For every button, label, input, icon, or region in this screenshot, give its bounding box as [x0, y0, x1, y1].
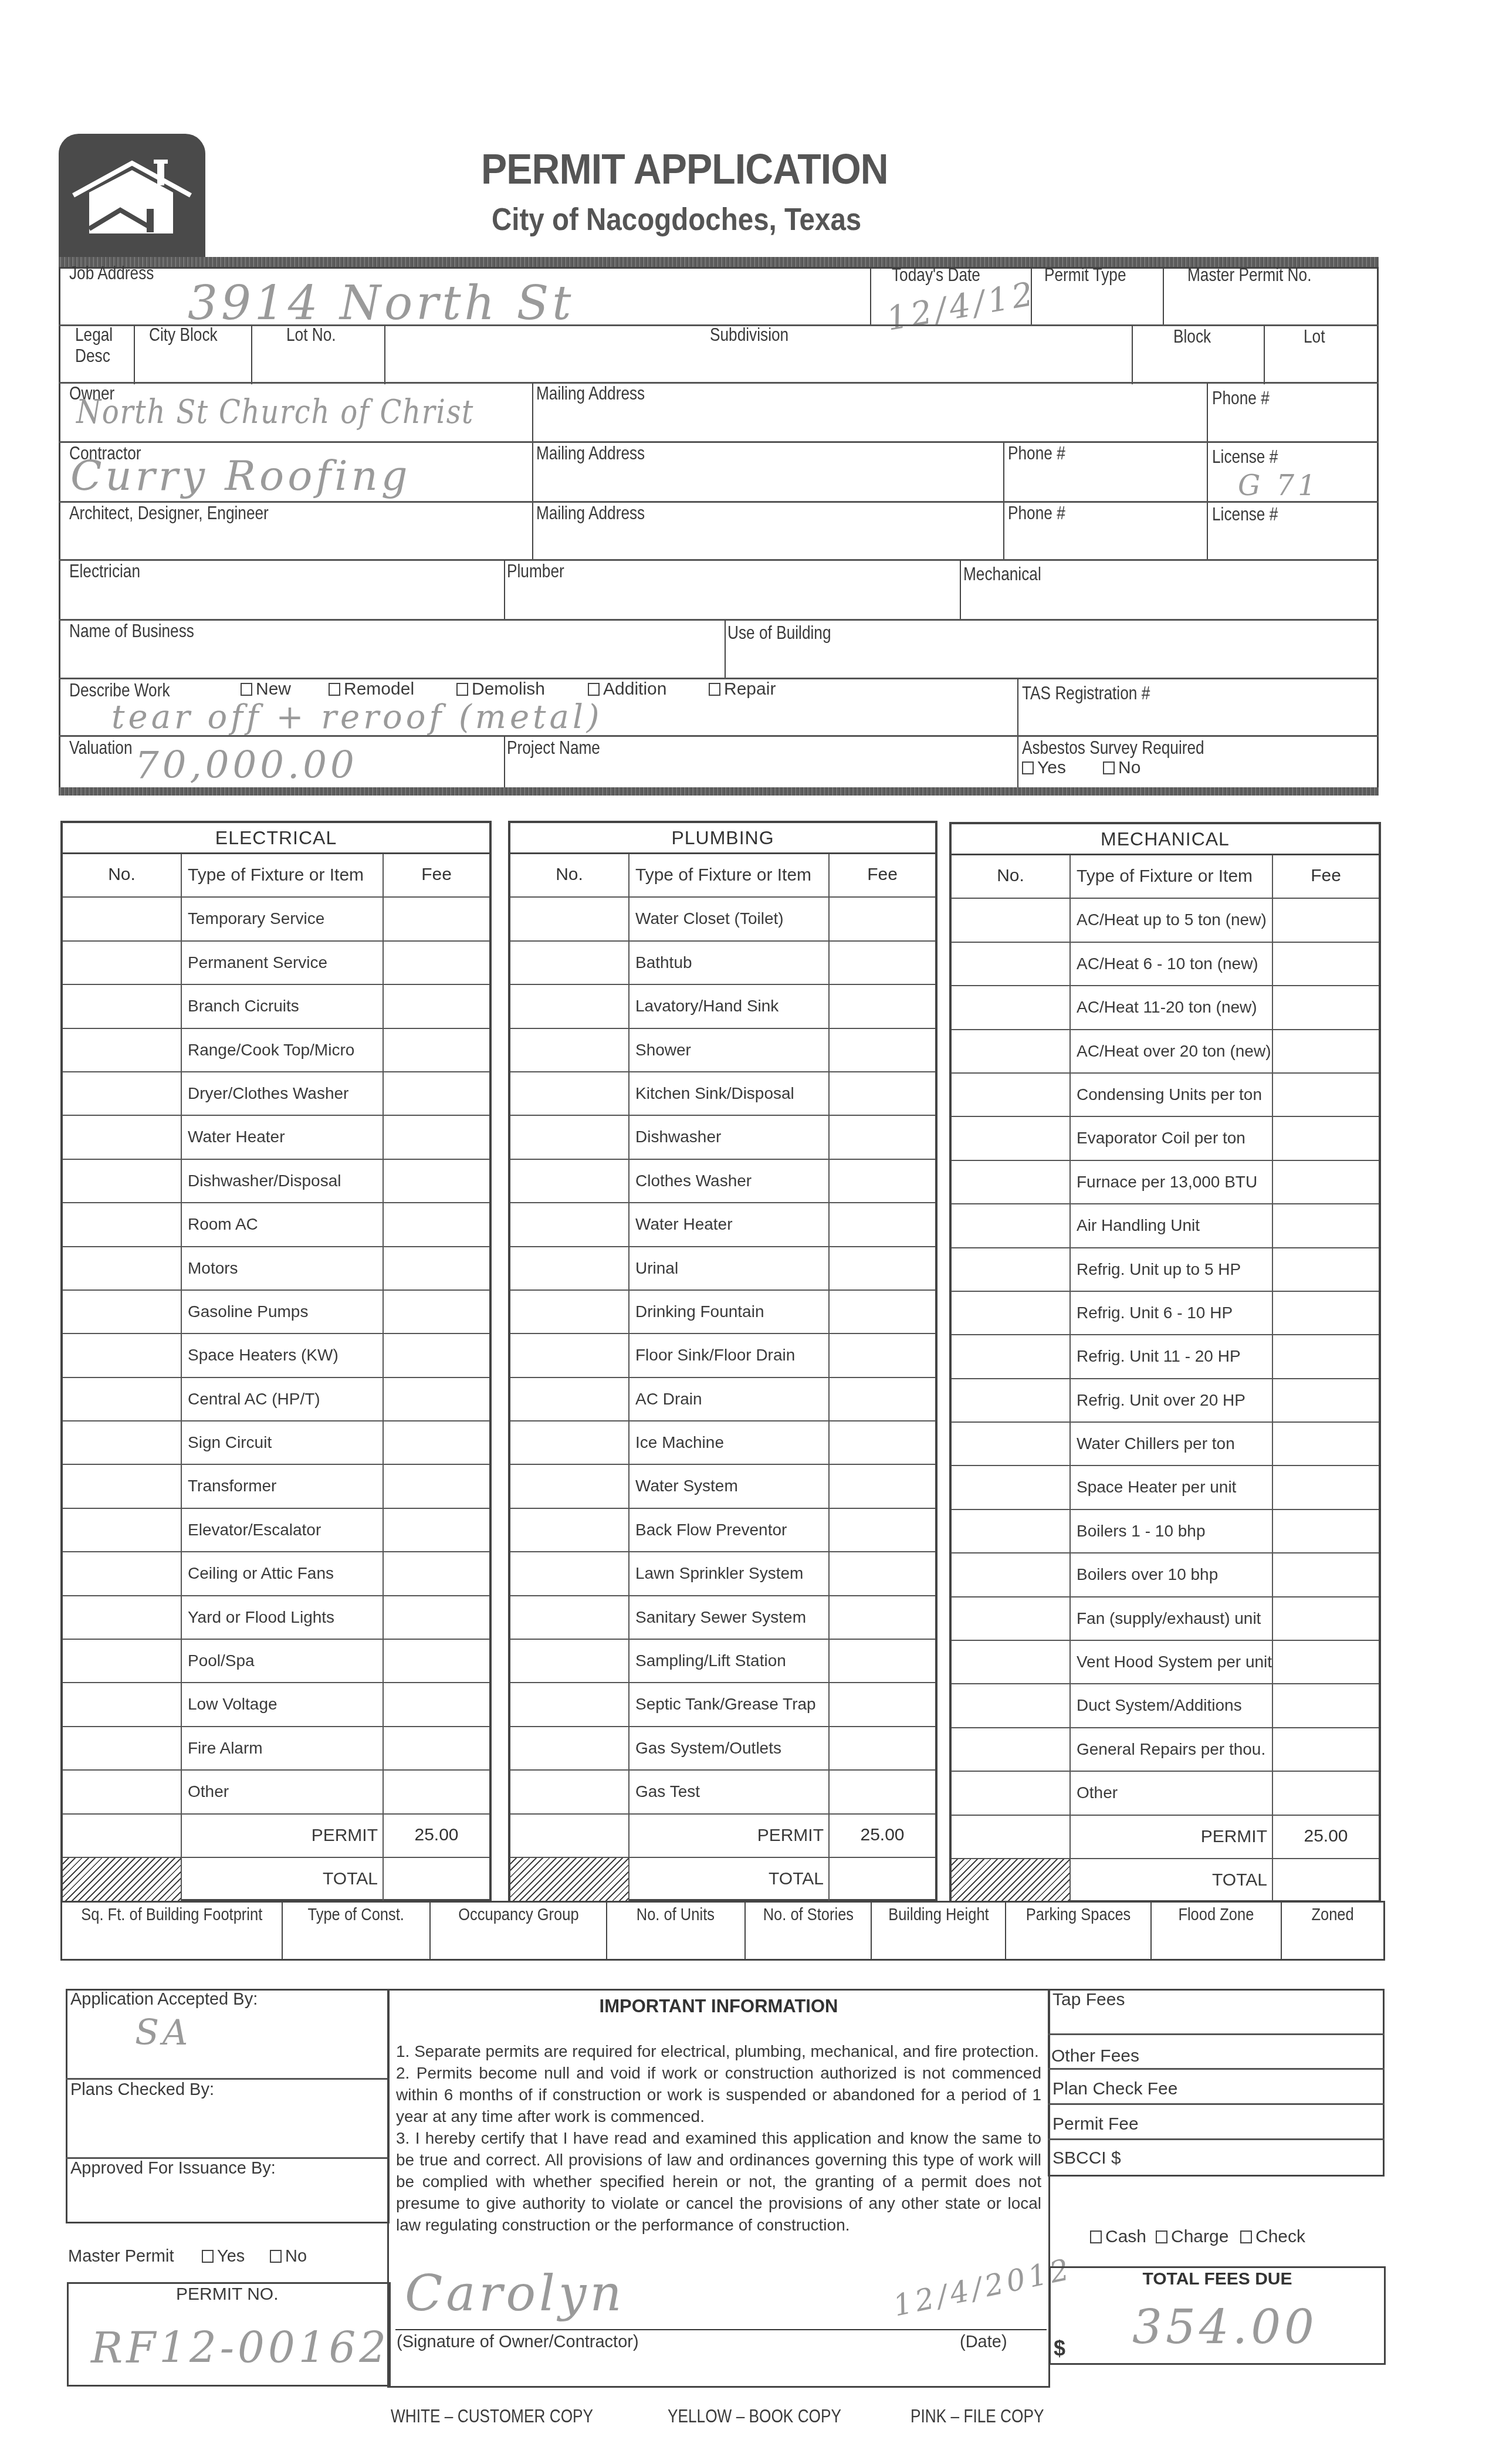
- table-row: Yard or Flood Lights: [63, 1596, 489, 1640]
- fee-input[interactable]: [1273, 943, 1379, 985]
- table-row: Back Flow Preventor: [510, 1509, 935, 1552]
- mechanical-table-title: MECHANICAL: [952, 824, 1379, 855]
- table-row: Fan (supply/exhaust) unit: [952, 1597, 1379, 1641]
- fee-input[interactable]: [830, 1247, 935, 1289]
- architect-license-label: License #: [1212, 503, 1278, 525]
- subdivision-field[interactable]: [387, 349, 1129, 381]
- quantity-input[interactable]: [510, 1771, 629, 1813]
- quantity-input[interactable]: [510, 1640, 629, 1682]
- quantity-input[interactable]: [63, 1509, 182, 1551]
- col-type-header: Type of Fixture or Item: [182, 854, 384, 896]
- fixture-label: Ceiling or Attic Fans: [182, 1552, 384, 1595]
- fixture-label: Dryer/Clothes Washer: [182, 1072, 384, 1115]
- contractor-license-label: License #: [1212, 446, 1278, 468]
- important-info-text: 1. Separate permits are required for ele…: [396, 2040, 1041, 2236]
- quantity-input[interactable]: [510, 1465, 629, 1507]
- quantity-input[interactable]: [510, 1378, 629, 1420]
- fixture-label: Bathtub: [629, 942, 830, 984]
- todays-date-label: Today's Date: [892, 264, 980, 286]
- info-item-1: 1. Separate permits are required for ele…: [396, 2040, 1041, 2062]
- fee-input[interactable]: [1273, 1117, 1379, 1159]
- fee-input[interactable]: [384, 985, 489, 1027]
- total-label: TOTAL: [182, 1858, 384, 1901]
- fee-input[interactable]: [1273, 1248, 1379, 1291]
- building-info-grid: Sq. Ft. of Building Footprint Type of Co…: [60, 1901, 1385, 1961]
- master-permit-yes-checkbox[interactable]: Yes: [202, 2247, 245, 2266]
- fee-input[interactable]: [1273, 1728, 1379, 1771]
- work-type-repair-checkbox[interactable]: Repair: [709, 679, 776, 699]
- name-of-business-label: Name of Business: [69, 620, 194, 642]
- fee-input[interactable]: [1273, 1597, 1379, 1640]
- fee-input[interactable]: [830, 898, 935, 940]
- fee-input[interactable]: [1273, 1292, 1379, 1334]
- fixture-label: Fire Alarm: [182, 1727, 384, 1769]
- accepted-by-field[interactable]: SA: [135, 2012, 191, 2053]
- fee-input[interactable]: [384, 942, 489, 984]
- fixture-label: Sampling/Lift Station: [629, 1640, 830, 1682]
- table-row: Gasoline Pumps: [63, 1291, 489, 1334]
- table-row: Elevator/Escalator: [63, 1509, 489, 1552]
- table-row: Ice Machine: [510, 1421, 935, 1465]
- permit-fee-label: Permit Fee: [1052, 2114, 1139, 2134]
- quantity-input[interactable]: [952, 1597, 1071, 1640]
- checkbox-icon: [588, 683, 600, 696]
- table-row: Furnace per 13,000 BTU: [952, 1161, 1379, 1204]
- fee-input[interactable]: [830, 1421, 935, 1464]
- table-row: Vent Hood System per unit: [952, 1641, 1379, 1684]
- fixture-label: Refrig. Unit 11 - 20 HP: [1071, 1335, 1273, 1377]
- fixture-label: Temporary Service: [182, 898, 384, 940]
- work-type-addition-checkbox[interactable]: Addition: [588, 679, 666, 699]
- job-address-field[interactable]: 3914 North St: [188, 276, 574, 330]
- important-info-title: IMPORTANT INFORMATION: [387, 1996, 1050, 2017]
- asbestos-label: Asbestos Survey Required: [1022, 737, 1204, 759]
- fixture-label: Fan (supply/exhaust) unit: [1071, 1597, 1273, 1640]
- fee-input[interactable]: [1273, 1772, 1379, 1814]
- quantity-input[interactable]: [510, 1421, 629, 1464]
- permit-fee-value[interactable]: 25.00: [1273, 1816, 1379, 1858]
- fee-input[interactable]: [1273, 1379, 1379, 1421]
- fee-input[interactable]: [384, 1160, 489, 1202]
- table-row: Sign Circuit: [63, 1421, 489, 1465]
- project-name-label: Project Name: [507, 737, 600, 759]
- owner-signature-field[interactable]: Carolyn: [405, 2265, 625, 2322]
- total-value[interactable]: [1273, 1859, 1379, 1903]
- fee-input[interactable]: [384, 1334, 489, 1376]
- contractor-field[interactable]: Curry Roofing: [70, 452, 411, 500]
- total-fees-field[interactable]: 354.00: [1132, 2300, 1318, 2354]
- work-type-new-checkbox[interactable]: New: [241, 679, 291, 699]
- fee-input[interactable]: [830, 1029, 935, 1071]
- fixture-label: Sign Circuit: [182, 1421, 384, 1464]
- quantity-input[interactable]: [510, 1727, 629, 1769]
- checkbox-icon: [1103, 761, 1115, 774]
- quantity-input[interactable]: [952, 1335, 1071, 1377]
- block-label: Block: [1173, 326, 1211, 347]
- fee-input[interactable]: [384, 1116, 489, 1158]
- building-info-field[interactable]: Occupancy Group: [431, 1903, 607, 1959]
- fixture-label: Branch Cicruits: [182, 985, 384, 1027]
- fixture-label: Furnace per 13,000 BTU: [1071, 1161, 1273, 1203]
- fee-input[interactable]: [830, 942, 935, 984]
- quantity-input[interactable]: [952, 1030, 1071, 1072]
- fixture-label: Water Heater: [182, 1116, 384, 1158]
- fee-input[interactable]: [1273, 1074, 1379, 1116]
- lot-label: Lot: [1304, 326, 1325, 347]
- table-row: Range/Cook Top/Micro: [63, 1029, 489, 1072]
- table-header: No. Type of Fixture or Item Fee: [63, 854, 489, 898]
- fee-input[interactable]: [1273, 1684, 1379, 1727]
- currency-symbol: $: [1054, 2336, 1065, 2361]
- fee-input[interactable]: [384, 1291, 489, 1333]
- quantity-input[interactable]: [952, 1292, 1071, 1334]
- fee-input[interactable]: [384, 1771, 489, 1813]
- building-info-field[interactable]: Zoned: [1282, 1903, 1383, 1959]
- section-divider: [59, 787, 1379, 796]
- quantity-input[interactable]: [952, 1074, 1071, 1116]
- quantity-input[interactable]: [63, 1683, 182, 1725]
- table-row: Space Heater per unit: [952, 1466, 1379, 1509]
- master-permit-no-checkbox[interactable]: No: [270, 2247, 307, 2266]
- fee-input[interactable]: [830, 1160, 935, 1202]
- plumber-label: Plumber: [507, 560, 564, 582]
- quantity-input[interactable]: [510, 1247, 629, 1289]
- fee-input[interactable]: [384, 1640, 489, 1682]
- col-fee-header: Fee: [1273, 855, 1379, 898]
- checkbox-icon: [329, 683, 340, 696]
- fee-input[interactable]: [1273, 1335, 1379, 1377]
- fee-input[interactable]: [830, 985, 935, 1027]
- fixture-label: Other: [182, 1771, 384, 1813]
- fee-input[interactable]: [1273, 1030, 1379, 1072]
- table-row: AC/Heat 6 - 10 ton (new): [952, 943, 1379, 986]
- checkbox-icon: [270, 2250, 282, 2263]
- table-row: General Repairs per thou.: [952, 1728, 1379, 1772]
- total-label: TOTAL: [629, 1858, 830, 1901]
- fixture-label: Sanitary Sewer System: [629, 1596, 830, 1639]
- fee-input[interactable]: [830, 1596, 935, 1639]
- table-row: Branch Cicruits: [63, 985, 489, 1028]
- fee-input[interactable]: [1273, 1641, 1379, 1683]
- checkbox-icon: [1022, 761, 1034, 774]
- quantity-input[interactable]: [510, 1334, 629, 1376]
- payment-check-checkbox[interactable]: Check: [1240, 2227, 1305, 2247]
- fee-input[interactable]: [384, 1203, 489, 1245]
- quantity-input[interactable]: [510, 1596, 629, 1639]
- quantity-input[interactable]: [510, 1683, 629, 1725]
- fee-input[interactable]: [830, 1727, 935, 1769]
- quantity-input[interactable]: [952, 1248, 1071, 1291]
- fixture-label: Water System: [629, 1465, 830, 1507]
- architect-mailing-label: Mailing Address: [536, 502, 645, 524]
- quantity-input[interactable]: [63, 1421, 182, 1464]
- fixture-label: Kitchen Sink/Disposal: [629, 1072, 830, 1115]
- fee-input[interactable]: [830, 1072, 935, 1115]
- quantity-input[interactable]: [63, 1160, 182, 1202]
- permit-label: PERMIT: [1071, 1816, 1273, 1858]
- owner-field[interactable]: North St Church of Christ: [76, 393, 474, 431]
- table-row: Kitchen Sink/Disposal: [510, 1072, 935, 1116]
- total-row: TOTAL: [510, 1858, 935, 1901]
- quantity-input[interactable]: [63, 1771, 182, 1813]
- building-info-field[interactable]: No. of Units: [607, 1903, 746, 1959]
- work-type-remodel-checkbox[interactable]: Remodel: [329, 679, 414, 699]
- quantity-input[interactable]: [510, 1029, 629, 1071]
- quantity-input[interactable]: [952, 1728, 1071, 1771]
- fixture-label: Elevator/Escalator: [182, 1509, 384, 1551]
- table-row: Bathtub: [510, 942, 935, 985]
- quantity-input[interactable]: [63, 1116, 182, 1158]
- building-info-field[interactable]: Type of Const.: [283, 1903, 431, 1959]
- fixture-label: Ice Machine: [629, 1421, 830, 1464]
- quantity-input[interactable]: [510, 1552, 629, 1595]
- other-fees-label: Other Fees: [1051, 2046, 1139, 2066]
- table-row: Fire Alarm: [63, 1727, 489, 1771]
- city-block-label: City Block: [149, 324, 218, 346]
- quantity-input[interactable]: [952, 899, 1071, 941]
- col-no-header: No.: [63, 854, 182, 896]
- fee-input[interactable]: [830, 1683, 935, 1725]
- fee-input[interactable]: [830, 1465, 935, 1507]
- table-row: Water Heater: [63, 1116, 489, 1159]
- total-value[interactable]: [830, 1858, 935, 1901]
- quantity-input[interactable]: [63, 1596, 182, 1639]
- plans-checked-by-label: Plans Checked By:: [70, 2080, 214, 2100]
- quantity-input[interactable]: [63, 1072, 182, 1115]
- quantity-input[interactable]: [952, 1772, 1071, 1814]
- fixture-label: Space Heaters (KW): [182, 1334, 384, 1376]
- fixture-label: Range/Cook Top/Micro: [182, 1029, 384, 1071]
- quantity-input[interactable]: [952, 986, 1071, 1028]
- fee-input[interactable]: [384, 1683, 489, 1725]
- payment-charge-checkbox[interactable]: Charge: [1156, 2227, 1228, 2247]
- fee-input[interactable]: [1273, 986, 1379, 1028]
- quantity-input[interactable]: [952, 1204, 1071, 1247]
- quantity-input[interactable]: [510, 1509, 629, 1551]
- fee-input[interactable]: [830, 1771, 935, 1813]
- hatched-cell: [63, 1858, 182, 1901]
- permit-type-field[interactable]: [1033, 287, 1162, 323]
- master-permit-no-field[interactable]: [1167, 287, 1373, 323]
- quantity-input[interactable]: [952, 1684, 1071, 1727]
- table-row: AC/Heat over 20 ton (new): [952, 1030, 1379, 1074]
- building-info-field[interactable]: Parking Spaces: [1006, 1903, 1152, 1959]
- quantity-input[interactable]: [63, 1247, 182, 1289]
- table-row: Urinal: [510, 1247, 935, 1291]
- table-row: AC Drain: [510, 1378, 935, 1421]
- quantity-input[interactable]: [952, 1379, 1071, 1421]
- checkbox-icon: [709, 683, 720, 696]
- asbestos-yes-checkbox[interactable]: Yes: [1022, 758, 1066, 778]
- copy-pink: PINK – FILE COPY: [911, 2405, 1044, 2427]
- table-row: Drinking Fountain: [510, 1291, 935, 1334]
- quantity-input[interactable]: [952, 1510, 1071, 1552]
- col-type-header: Type of Fixture or Item: [629, 854, 830, 896]
- fixture-label: Septic Tank/Grease Trap: [629, 1683, 830, 1725]
- contractor-mailing-label: Mailing Address: [536, 442, 645, 464]
- fee-input[interactable]: [384, 1072, 489, 1115]
- fixture-label: Room AC: [182, 1203, 384, 1245]
- fixture-label: Refrig. Unit over 20 HP: [1071, 1379, 1273, 1421]
- table-row: Sanitary Sewer System: [510, 1596, 935, 1640]
- fee-input[interactable]: [830, 1203, 935, 1245]
- fee-input[interactable]: [830, 1640, 935, 1682]
- table-row: Other: [63, 1771, 489, 1814]
- table-row: Refrig. Unit 6 - 10 HP: [952, 1292, 1379, 1335]
- sbcci-label: SBCCI $: [1052, 2148, 1121, 2168]
- permit-fee-value[interactable]: 25.00: [830, 1815, 935, 1857]
- fixture-label: Condensing Units per ton: [1071, 1074, 1273, 1116]
- quantity-input[interactable]: [952, 1423, 1071, 1465]
- fee-input[interactable]: [384, 898, 489, 940]
- table-row: AC/Heat up to 5 ton (new): [952, 899, 1379, 942]
- fixture-label: AC Drain: [629, 1378, 830, 1420]
- table-row: Space Heaters (KW): [63, 1334, 489, 1377]
- quantity-input[interactable]: [63, 1465, 182, 1507]
- fee-input[interactable]: [1273, 1466, 1379, 1508]
- fee-input[interactable]: [384, 1421, 489, 1464]
- fee-input[interactable]: [384, 1596, 489, 1639]
- quantity-input[interactable]: [63, 1552, 182, 1595]
- fixture-label: AC/Heat 11-20 ton (new): [1071, 986, 1273, 1028]
- fixture-label: Pool/Spa: [182, 1640, 384, 1682]
- fee-input[interactable]: [830, 1552, 935, 1595]
- asbestos-no-checkbox[interactable]: No: [1103, 758, 1140, 778]
- quantity-input[interactable]: [952, 1641, 1071, 1683]
- electrical-fee-table: ELECTRICAL No. Type of Fixture or Item F…: [60, 821, 492, 1901]
- valuation-label: Valuation: [69, 737, 132, 759]
- quantity-input[interactable]: [63, 898, 182, 940]
- quantity-input[interactable]: [510, 1072, 629, 1115]
- building-info-field[interactable]: Flood Zone: [1152, 1903, 1282, 1959]
- table-row: Shower: [510, 1029, 935, 1072]
- quantity-input[interactable]: [63, 1727, 182, 1769]
- work-type-demolish-checkbox[interactable]: Demolish: [456, 679, 545, 699]
- city-logo: [59, 134, 205, 269]
- quantity-input[interactable]: [63, 1291, 182, 1333]
- house-icon: [59, 134, 205, 269]
- checkbox-icon: [1090, 2231, 1102, 2243]
- checkbox-icon: [1240, 2231, 1252, 2243]
- col-no-header: No.: [952, 855, 1071, 898]
- fee-input[interactable]: [384, 1465, 489, 1507]
- fee-input[interactable]: [830, 1291, 935, 1333]
- quantity-input[interactable]: [952, 1553, 1071, 1596]
- fee-input[interactable]: [384, 1727, 489, 1769]
- quantity-input[interactable]: [510, 942, 629, 984]
- fee-input[interactable]: [830, 1378, 935, 1420]
- building-info-field[interactable]: No. of Stories: [746, 1903, 872, 1959]
- quantity-input[interactable]: [63, 1029, 182, 1071]
- fee-input[interactable]: [830, 1509, 935, 1551]
- quantity-input[interactable]: [952, 1466, 1071, 1508]
- fee-input[interactable]: [830, 1116, 935, 1158]
- fee-input[interactable]: [830, 1334, 935, 1376]
- permit-row: PERMIT 25.00: [510, 1815, 935, 1858]
- lot-no-label: Lot No.: [286, 324, 336, 346]
- fee-input[interactable]: [1273, 1161, 1379, 1203]
- table-row: Clothes Washer: [510, 1160, 935, 1203]
- owner-mailing-label: Mailing Address: [536, 383, 645, 404]
- permit-label: PERMIT: [629, 1815, 830, 1857]
- fee-input[interactable]: [1273, 1510, 1379, 1552]
- fee-input[interactable]: [384, 1552, 489, 1595]
- fee-input[interactable]: [384, 1509, 489, 1551]
- fixture-label: Low Voltage: [182, 1683, 384, 1725]
- quantity-input[interactable]: [63, 942, 182, 984]
- fixture-label: Duct System/Additions: [1071, 1684, 1273, 1727]
- building-info-field[interactable]: Sq. Ft. of Building Footprint: [62, 1903, 283, 1959]
- permit-row: PERMIT 25.00: [63, 1815, 489, 1858]
- plumbing-fee-table: PLUMBING No. Type of Fixture or Item Fee…: [508, 821, 937, 1901]
- quantity-input[interactable]: [510, 985, 629, 1027]
- fixture-label: Refrig. Unit 6 - 10 HP: [1071, 1292, 1273, 1334]
- payment-cash-checkbox[interactable]: Cash: [1090, 2227, 1146, 2247]
- contractor-license-field[interactable]: G 71: [1238, 469, 1319, 502]
- quantity-input[interactable]: [510, 1291, 629, 1333]
- quantity-input[interactable]: [952, 943, 1071, 985]
- quantity-input[interactable]: [63, 985, 182, 1027]
- quantity-input[interactable]: [510, 1116, 629, 1158]
- tas-registration-label: TAS Registration #: [1022, 682, 1150, 704]
- permit-fee-value[interactable]: 25.00: [384, 1815, 489, 1857]
- info-item-2: 2. Permits become null and void if work …: [396, 2062, 1041, 2127]
- quantity-input[interactable]: [63, 1203, 182, 1245]
- fee-input[interactable]: [384, 1029, 489, 1071]
- table-row: Central AC (HP/T): [63, 1378, 489, 1421]
- total-label: TOTAL: [1071, 1859, 1273, 1903]
- quantity-input[interactable]: [63, 1378, 182, 1420]
- total-row: TOTAL: [952, 1859, 1379, 1903]
- quantity-input[interactable]: [952, 1161, 1071, 1203]
- fixture-label: Gas System/Outlets: [629, 1727, 830, 1769]
- fee-input[interactable]: [384, 1378, 489, 1420]
- page-subtitle: City of Nacogdoches, Texas: [492, 201, 861, 238]
- fixture-label: Gas Test: [629, 1771, 830, 1813]
- use-of-building-label: Use of Building: [727, 622, 831, 644]
- total-value[interactable]: [384, 1858, 489, 1901]
- quantity-input[interactable]: [63, 1334, 182, 1376]
- table-row: Room AC: [63, 1203, 489, 1247]
- electrical-table-title: ELECTRICAL: [63, 823, 489, 854]
- quantity-input[interactable]: [510, 1160, 629, 1202]
- copy-yellow: YELLOW – BOOK COPY: [668, 2405, 841, 2427]
- owner-phone-label: Phone #: [1212, 387, 1270, 409]
- fee-input[interactable]: [384, 1247, 489, 1289]
- table-row: Temporary Service: [63, 898, 489, 941]
- valuation-field[interactable]: 70,000.00: [135, 744, 358, 787]
- quantity-input[interactable]: [952, 1117, 1071, 1159]
- checkbox-icon: [241, 683, 252, 696]
- fee-input[interactable]: [1273, 1204, 1379, 1247]
- building-info-field[interactable]: Building Height: [872, 1903, 1006, 1959]
- table-row: Ceiling or Attic Fans: [63, 1552, 489, 1596]
- quantity-input[interactable]: [63, 1640, 182, 1682]
- table-row: Gas System/Outlets: [510, 1727, 935, 1771]
- fee-input[interactable]: [1273, 1553, 1379, 1596]
- permit-no-field[interactable]: RF12-00162: [91, 2323, 390, 2372]
- fixture-label: Other: [1071, 1772, 1273, 1814]
- table-row: Boilers 1 - 10 bhp: [952, 1510, 1379, 1553]
- quantity-input[interactable]: [510, 898, 629, 940]
- permit-type-label: Permit Type: [1044, 264, 1126, 286]
- copy-white: WHITE – CUSTOMER COPY: [391, 2405, 593, 2427]
- describe-work-field[interactable]: tear off + reroof (metal): [111, 698, 603, 736]
- fee-input[interactable]: [1273, 899, 1379, 941]
- fee-input[interactable]: [1273, 1423, 1379, 1465]
- plumbing-table-title: PLUMBING: [510, 823, 935, 854]
- quantity-input[interactable]: [510, 1203, 629, 1245]
